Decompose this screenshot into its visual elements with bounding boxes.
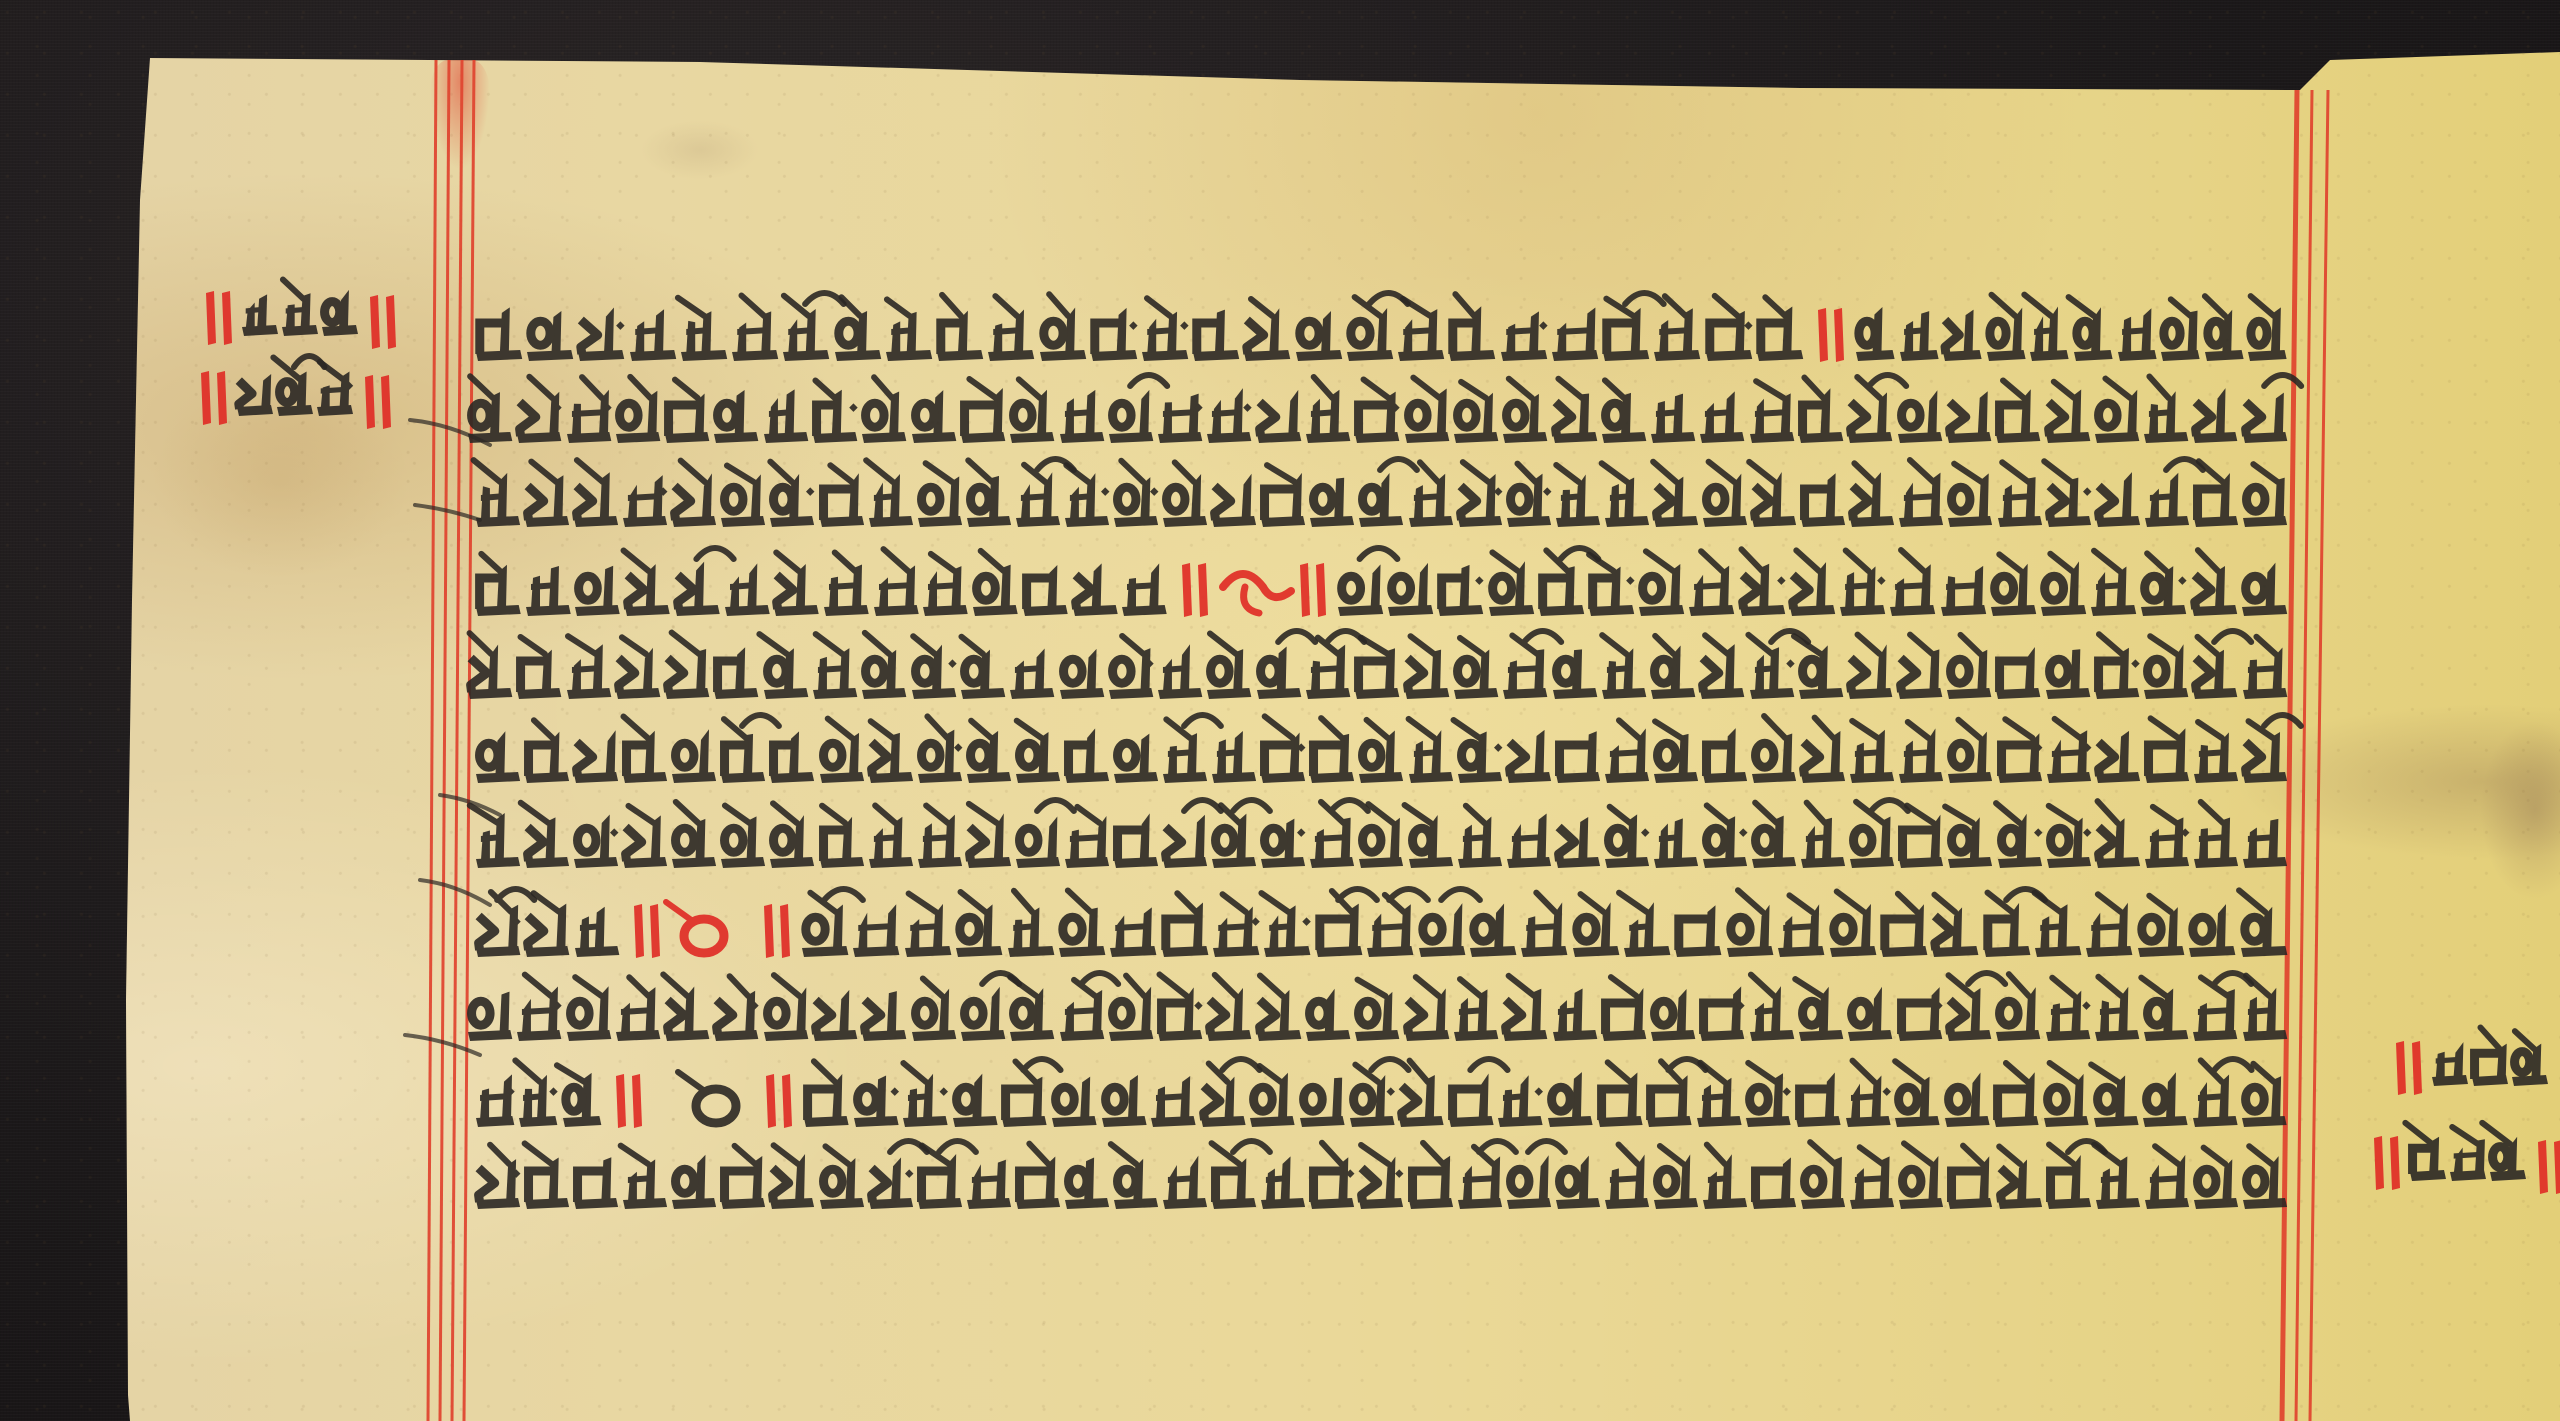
manuscript-line bbox=[0, 364, 2560, 434]
akshara-glyph bbox=[621, 1130, 667, 1214]
akshara-glyph bbox=[965, 448, 1011, 532]
akshara-glyph bbox=[572, 448, 618, 532]
akshara-glyph bbox=[1797, 364, 1843, 448]
akshara-glyph bbox=[768, 704, 814, 788]
akshara-glyph bbox=[628, 282, 676, 366]
akshara-glyph bbox=[1738, 537, 1785, 621]
akshara-glyph bbox=[565, 620, 611, 704]
akshara-glyph bbox=[1161, 1130, 1207, 1214]
akshara-glyph bbox=[818, 1130, 864, 1214]
akshara-glyph bbox=[1848, 704, 1894, 788]
akshara-glyph bbox=[1848, 1130, 1894, 1214]
akshara-glyph bbox=[1799, 448, 1845, 532]
akshara-glyph bbox=[2246, 282, 2287, 366]
akshara-glyph bbox=[1946, 448, 1992, 532]
akshara-glyph bbox=[1205, 620, 1251, 704]
akshara-glyph bbox=[1748, 962, 1794, 1046]
akshara-glyph bbox=[1546, 1048, 1593, 1132]
akshara-glyph bbox=[867, 789, 913, 873]
akshara-glyph bbox=[2028, 282, 2069, 366]
akshara-glyph bbox=[670, 704, 716, 788]
akshara-glyph bbox=[772, 537, 819, 621]
akshara-glyph bbox=[1744, 1048, 1791, 1132]
akshara-glyph bbox=[1750, 704, 1796, 788]
akshara-glyph bbox=[1161, 448, 1207, 532]
akshara-glyph bbox=[811, 620, 857, 704]
akshara-glyph bbox=[1897, 704, 1943, 788]
akshara-glyph bbox=[1210, 789, 1256, 873]
akshara-glyph bbox=[2192, 1130, 2238, 1214]
akshara-glyph bbox=[2094, 789, 2140, 873]
akshara-glyph bbox=[1447, 1048, 1494, 1132]
akshara-glyph bbox=[1649, 364, 1695, 448]
akshara-glyph bbox=[712, 962, 758, 1046]
akshara-glyph bbox=[1112, 789, 1158, 873]
akshara-glyph bbox=[670, 448, 716, 532]
akshara-glyph bbox=[1652, 789, 1698, 873]
akshara-glyph bbox=[1701, 1130, 1747, 1214]
akshara-glyph bbox=[1447, 282, 1495, 366]
akshara-glyph bbox=[723, 537, 770, 621]
akshara-glyph bbox=[1006, 878, 1054, 962]
akshara-glyph bbox=[1893, 1048, 1940, 1132]
akshara-glyph bbox=[1941, 282, 1982, 366]
akshara-glyph bbox=[1750, 448, 1796, 532]
akshara-glyph bbox=[1160, 878, 1208, 962]
akshara-glyph bbox=[1205, 962, 1251, 1046]
akshara-glyph bbox=[867, 1130, 913, 1214]
akshara-glyph bbox=[515, 364, 561, 448]
akshara-glyph bbox=[1205, 364, 1251, 448]
akshara-glyph bbox=[523, 704, 569, 788]
akshara-glyph bbox=[1888, 537, 1935, 621]
akshara-glyph bbox=[884, 282, 932, 366]
akshara-glyph bbox=[719, 1130, 765, 1214]
akshara-glyph bbox=[1603, 789, 1649, 873]
akshara-glyph bbox=[1397, 1048, 1444, 1132]
akshara-glyph bbox=[1601, 282, 1649, 366]
akshara-glyph bbox=[621, 448, 667, 532]
akshara-glyph bbox=[1896, 364, 1942, 448]
akshara-glyph bbox=[1210, 1130, 1256, 1214]
akshara-glyph bbox=[576, 282, 624, 366]
akshara-glyph bbox=[1945, 364, 1991, 448]
akshara-glyph bbox=[1304, 364, 1350, 448]
akshara-glyph bbox=[1120, 537, 1167, 621]
akshara-glyph bbox=[719, 789, 765, 873]
akshara-glyph bbox=[959, 620, 1005, 704]
akshara-glyph bbox=[1336, 537, 1383, 621]
akshara-glyph bbox=[1468, 878, 1516, 962]
akshara-glyph bbox=[1673, 878, 1721, 962]
akshara-glyph bbox=[954, 878, 1002, 962]
akshara-glyph bbox=[474, 704, 520, 788]
akshara-glyph bbox=[614, 962, 660, 1046]
akshara-glyph bbox=[1248, 1048, 1295, 1132]
akshara-glyph bbox=[2042, 1048, 2089, 1132]
akshara-glyph bbox=[2092, 1048, 2139, 1132]
akshara-glyph bbox=[2143, 704, 2189, 788]
akshara-glyph bbox=[1848, 448, 1894, 532]
akshara-glyph bbox=[852, 1048, 899, 1132]
akshara-glyph bbox=[1308, 1130, 1354, 1214]
akshara-glyph bbox=[1854, 282, 1895, 366]
akshara-glyph bbox=[565, 962, 611, 1046]
akshara-glyph bbox=[910, 620, 956, 704]
akshara-glyph bbox=[971, 537, 1018, 621]
akshara-glyph bbox=[1407, 1130, 1453, 1214]
akshara-glyph bbox=[1191, 282, 1239, 366]
akshara-glyph bbox=[1487, 537, 1534, 621]
akshara-glyph bbox=[1107, 620, 1153, 704]
akshara-glyph bbox=[1571, 878, 1619, 962]
akshara-glyph bbox=[663, 364, 709, 448]
akshara-glyph bbox=[474, 1048, 514, 1132]
akshara-glyph bbox=[811, 364, 857, 448]
akshara-glyph bbox=[2191, 1048, 2238, 1132]
akshara-glyph bbox=[523, 448, 569, 532]
red-double-danda bbox=[1176, 537, 1214, 621]
akshara-glyph bbox=[1149, 1048, 1196, 1132]
akshara-glyph bbox=[768, 1130, 814, 1214]
manuscript-line bbox=[0, 1130, 2560, 1200]
akshara-glyph bbox=[1945, 620, 1991, 704]
akshara-glyph bbox=[1353, 620, 1399, 704]
akshara-glyph bbox=[1014, 704, 1060, 788]
akshara-glyph bbox=[2093, 364, 2139, 448]
akshara-glyph bbox=[730, 282, 778, 366]
akshara-glyph bbox=[1748, 620, 1794, 704]
akshara-glyph bbox=[1353, 962, 1399, 1046]
akshara-glyph bbox=[1551, 620, 1597, 704]
akshara-glyph bbox=[474, 537, 521, 621]
akshara-glyph bbox=[1637, 537, 1684, 621]
akshara-glyph bbox=[2143, 448, 2189, 532]
akshara-glyph bbox=[1701, 704, 1747, 788]
akshara-glyph bbox=[1750, 1130, 1796, 1214]
akshara-glyph bbox=[1304, 620, 1350, 704]
akshara-glyph bbox=[1554, 704, 1600, 788]
akshara-glyph bbox=[515, 620, 561, 704]
akshara-glyph bbox=[1112, 448, 1158, 532]
akshara-glyph bbox=[851, 878, 899, 962]
akshara-glyph bbox=[1794, 1048, 1841, 1132]
akshara-glyph bbox=[2116, 282, 2157, 366]
akshara-glyph bbox=[1057, 878, 1105, 962]
akshara-glyph bbox=[768, 789, 814, 873]
akshara-glyph bbox=[1403, 620, 1449, 704]
akshara-glyph bbox=[986, 282, 1034, 366]
akshara-glyph bbox=[572, 789, 618, 873]
akshara-glyph bbox=[916, 704, 962, 788]
manuscript-line bbox=[0, 620, 2560, 690]
akshara-glyph bbox=[2190, 537, 2237, 621]
akshara-glyph bbox=[1304, 962, 1350, 1046]
akshara-glyph bbox=[1357, 1130, 1403, 1214]
akshara-glyph bbox=[910, 364, 956, 448]
akshara-glyph bbox=[1838, 537, 1885, 621]
akshara-glyph bbox=[2033, 878, 2081, 962]
akshara-glyph bbox=[1501, 620, 1547, 704]
akshara-glyph bbox=[1357, 789, 1403, 873]
akshara-glyph bbox=[951, 1048, 998, 1132]
manuscript-line bbox=[0, 962, 2560, 1032]
akshara-glyph bbox=[1456, 448, 1502, 532]
akshara-glyph bbox=[1452, 620, 1498, 704]
akshara-glyph bbox=[1698, 620, 1744, 704]
akshara-glyph bbox=[2044, 962, 2090, 1046]
red-double-danda bbox=[610, 1048, 648, 1132]
akshara-glyph bbox=[1930, 878, 1978, 962]
akshara-glyph bbox=[1259, 1130, 1305, 1214]
akshara-glyph bbox=[2241, 1130, 2287, 1214]
akshara-glyph bbox=[1210, 704, 1256, 788]
akshara-glyph bbox=[2139, 537, 2186, 621]
akshara-glyph bbox=[2203, 282, 2244, 366]
akshara-glyph bbox=[1505, 789, 1551, 873]
akshara-glyph bbox=[1255, 620, 1301, 704]
akshara-glyph bbox=[1550, 282, 1598, 366]
akshara-glyph bbox=[1108, 878, 1156, 962]
akshara-glyph bbox=[663, 962, 709, 1046]
akshara-glyph bbox=[1161, 704, 1207, 788]
akshara-glyph bbox=[1989, 537, 2036, 621]
akshara-glyph bbox=[1456, 704, 1502, 788]
akshara-glyph bbox=[811, 962, 857, 1046]
akshara-glyph bbox=[768, 448, 814, 532]
akshara-glyph bbox=[523, 1130, 569, 1214]
akshara-glyph bbox=[466, 962, 512, 1046]
akshara-glyph bbox=[1695, 1048, 1742, 1132]
akshara-glyph bbox=[1308, 704, 1354, 788]
akshara-glyph bbox=[2240, 1048, 2287, 1132]
akshara-glyph bbox=[2093, 620, 2139, 704]
akshara-glyph bbox=[679, 282, 727, 366]
akshara-glyph bbox=[781, 282, 829, 366]
red-double-danda bbox=[1294, 537, 1332, 621]
akshara-glyph bbox=[2045, 448, 2091, 532]
akshara-glyph bbox=[1505, 704, 1551, 788]
akshara-glyph bbox=[1896, 620, 1942, 704]
akshara-glyph bbox=[860, 364, 906, 448]
akshara-glyph bbox=[2143, 1130, 2189, 1214]
akshara-glyph bbox=[1211, 878, 1259, 962]
akshara-glyph bbox=[867, 448, 913, 532]
akshara-glyph bbox=[2241, 364, 2287, 448]
akshara-glyph bbox=[1943, 1048, 1990, 1132]
akshara-glyph bbox=[1008, 620, 1054, 704]
akshara-glyph bbox=[1652, 704, 1698, 788]
akshara-glyph bbox=[1596, 1048, 1643, 1132]
akshara-glyph bbox=[1063, 789, 1109, 873]
akshara-glyph bbox=[1996, 789, 2042, 873]
red-double-danda bbox=[758, 878, 796, 962]
manuscript-line bbox=[0, 1048, 2560, 1118]
akshara-glyph bbox=[2094, 1130, 2140, 1214]
akshara-glyph bbox=[1357, 448, 1403, 532]
akshara-glyph bbox=[1452, 364, 1498, 448]
akshara-glyph bbox=[910, 962, 956, 1046]
akshara-glyph bbox=[2159, 282, 2200, 366]
akshara-glyph bbox=[818, 448, 864, 532]
akshara-glyph bbox=[965, 1130, 1011, 1214]
akshara-glyph bbox=[1014, 789, 1060, 873]
akshara-glyph bbox=[1308, 448, 1354, 532]
akshara-glyph bbox=[1038, 282, 1086, 366]
akshara-glyph bbox=[2240, 537, 2287, 621]
akshara-glyph bbox=[614, 364, 660, 448]
akshara-glyph bbox=[1210, 448, 1256, 532]
akshara-glyph bbox=[1698, 364, 1744, 448]
akshara-glyph bbox=[860, 620, 906, 704]
akshara-glyph bbox=[2191, 364, 2237, 448]
akshara-glyph bbox=[1407, 789, 1453, 873]
akshara-glyph bbox=[1698, 962, 1744, 1046]
akshara-glyph bbox=[901, 1048, 948, 1132]
akshara-glyph bbox=[1014, 1130, 1060, 1214]
akshara-glyph bbox=[621, 789, 667, 873]
akshara-glyph bbox=[712, 364, 758, 448]
akshara-glyph bbox=[614, 620, 660, 704]
akshara-glyph bbox=[466, 364, 512, 448]
akshara-glyph bbox=[1199, 1048, 1246, 1132]
akshara-glyph bbox=[621, 704, 667, 788]
akshara-glyph bbox=[1505, 1130, 1551, 1214]
akshara-glyph bbox=[965, 704, 1011, 788]
akshara-glyph bbox=[1645, 1048, 1692, 1132]
akshara-glyph bbox=[572, 1130, 618, 1214]
akshara-glyph bbox=[1652, 448, 1698, 532]
akshara-glyph bbox=[1417, 878, 1465, 962]
akshara-glyph bbox=[959, 962, 1005, 1046]
akshara-glyph bbox=[762, 620, 808, 704]
akshara-glyph bbox=[525, 282, 573, 366]
akshara-glyph bbox=[2072, 282, 2113, 366]
akshara-glyph bbox=[565, 364, 611, 448]
akshara-glyph bbox=[1776, 878, 1824, 962]
akshara-glyph bbox=[719, 448, 765, 532]
akshara-glyph bbox=[1996, 704, 2042, 788]
akshara-glyph bbox=[2142, 620, 2188, 704]
akshara-glyph bbox=[2141, 1048, 2188, 1132]
akshara-glyph bbox=[2192, 448, 2238, 532]
akshara-glyph bbox=[935, 282, 983, 366]
akshara-glyph bbox=[1259, 789, 1305, 873]
akshara-glyph bbox=[663, 620, 709, 704]
akshara-glyph bbox=[1799, 704, 1845, 788]
akshara-glyph bbox=[1058, 962, 1104, 1046]
akshara-glyph bbox=[1452, 962, 1498, 1046]
akshara-glyph bbox=[1846, 962, 1892, 1046]
akshara-glyph bbox=[1554, 1130, 1600, 1214]
akshara-glyph bbox=[1622, 878, 1670, 962]
akshara-glyph bbox=[2045, 789, 2091, 873]
akshara-glyph bbox=[1725, 878, 1773, 962]
akshara-glyph bbox=[872, 537, 919, 621]
akshara-glyph bbox=[1537, 537, 1584, 621]
akshara-glyph bbox=[2241, 704, 2287, 788]
akshara-glyph bbox=[1501, 962, 1547, 1046]
akshara-glyph bbox=[1603, 448, 1649, 532]
akshara-glyph bbox=[2241, 448, 2287, 532]
akshara-glyph bbox=[673, 537, 720, 621]
akshara-glyph bbox=[1985, 282, 2026, 366]
akshara-glyph bbox=[2044, 620, 2090, 704]
akshara-glyph bbox=[1014, 448, 1060, 532]
akshara-glyph bbox=[1365, 878, 1413, 962]
akshara-glyph bbox=[474, 878, 520, 962]
akshara-glyph bbox=[1008, 364, 1054, 448]
akshara-glyph bbox=[1946, 1130, 1992, 1214]
akshara-glyph bbox=[1050, 1048, 1097, 1132]
akshara-glyph bbox=[1161, 789, 1207, 873]
akshara-glyph bbox=[903, 878, 951, 962]
akshara-glyph bbox=[1996, 1130, 2042, 1214]
akshara-glyph bbox=[1587, 537, 1634, 621]
akshara-glyph bbox=[466, 620, 512, 704]
akshara-glyph bbox=[1255, 364, 1301, 448]
akshara-glyph bbox=[1314, 878, 1362, 962]
akshara-glyph bbox=[523, 789, 569, 873]
red-double-danda bbox=[628, 878, 666, 962]
manuscript-line bbox=[0, 704, 2560, 774]
akshara-glyph bbox=[1701, 448, 1747, 532]
akshara-glyph bbox=[1100, 1048, 1147, 1132]
akshara-glyph bbox=[1156, 620, 1202, 704]
akshara-glyph bbox=[916, 789, 962, 873]
akshara-glyph bbox=[1353, 364, 1399, 448]
akshara-glyph bbox=[1456, 789, 1502, 873]
akshara-glyph bbox=[1396, 282, 1444, 366]
akshara-glyph bbox=[1496, 1048, 1543, 1132]
akshara-glyph bbox=[1994, 962, 2040, 1046]
akshara-glyph bbox=[1788, 537, 1835, 621]
akshara-glyph bbox=[1797, 620, 1843, 704]
akshara-glyph bbox=[1897, 789, 1943, 873]
akshara-glyph bbox=[1828, 878, 1876, 962]
manuscript-line bbox=[0, 878, 2560, 948]
akshara-glyph bbox=[1797, 962, 1843, 1046]
akshara-glyph bbox=[2241, 620, 2287, 704]
akshara-glyph bbox=[474, 448, 520, 532]
akshara-glyph bbox=[1687, 537, 1734, 621]
akshara-glyph bbox=[1262, 878, 1310, 962]
akshara-glyph bbox=[1897, 448, 1943, 532]
akshara-glyph bbox=[524, 537, 571, 621]
akshara-glyph bbox=[1603, 1130, 1649, 1214]
akshara-glyph bbox=[573, 537, 620, 621]
akshara-glyph bbox=[818, 704, 864, 788]
akshara-glyph bbox=[1071, 537, 1118, 621]
akshara-glyph bbox=[1112, 1130, 1158, 1214]
akshara-glyph bbox=[2039, 537, 2086, 621]
akshara-glyph bbox=[1058, 620, 1104, 704]
akshara-glyph bbox=[1156, 364, 1202, 448]
akshara-glyph bbox=[1403, 364, 1449, 448]
akshara-glyph bbox=[1156, 962, 1202, 1046]
akshara-glyph bbox=[1844, 1048, 1891, 1132]
akshara-glyph bbox=[474, 789, 520, 873]
akshara-glyph bbox=[1945, 962, 1991, 1046]
akshara-glyph bbox=[800, 878, 848, 962]
akshara-glyph bbox=[2044, 364, 2090, 448]
akshara-glyph bbox=[1846, 620, 1892, 704]
akshara-glyph bbox=[1407, 448, 1453, 532]
akshara-glyph bbox=[1879, 878, 1927, 962]
akshara-glyph bbox=[1063, 704, 1109, 788]
akshara-glyph bbox=[712, 620, 758, 704]
akshara-glyph bbox=[2094, 448, 2140, 532]
